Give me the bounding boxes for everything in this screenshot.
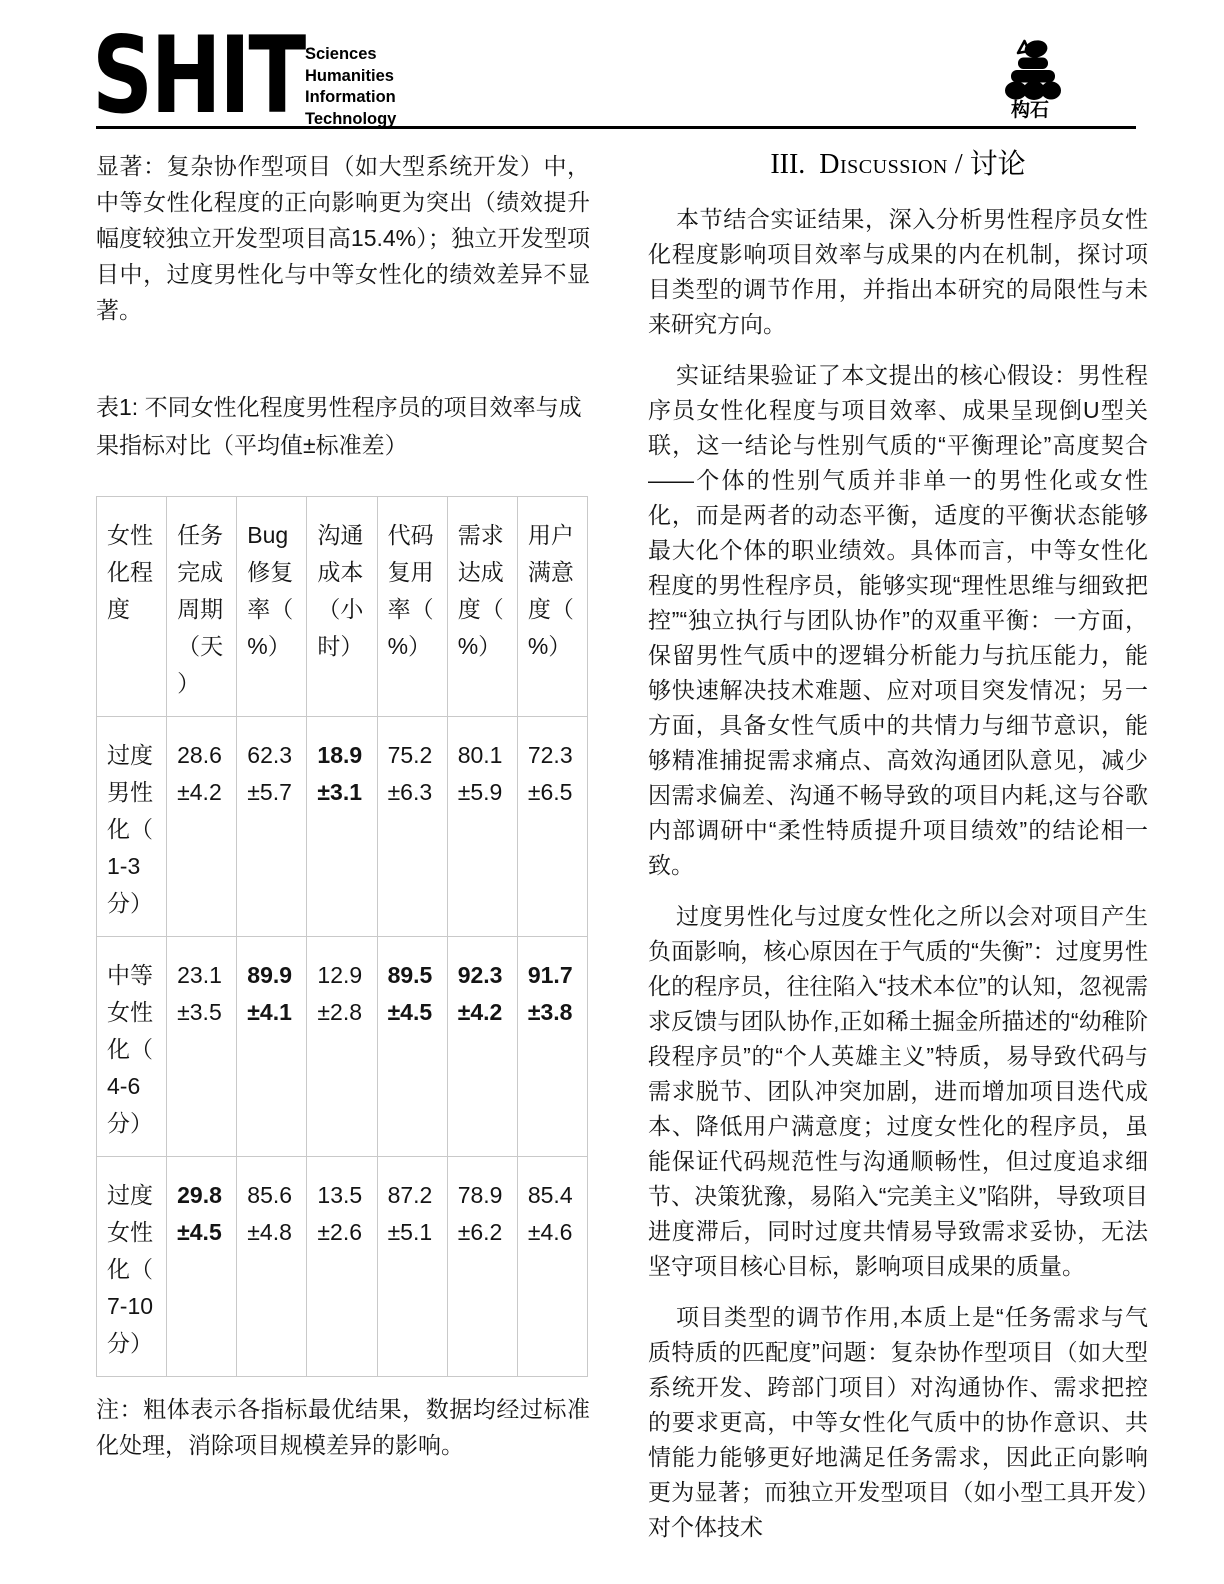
table-header-cell: Bug修复率（%） — [237, 497, 307, 717]
left-column: 显著：复杂协作型项目（如大型系统开发）中，中等女性化程度的正向影响更为突出（绩效… — [96, 148, 590, 1463]
table-header-cell: 用户满意度（%） — [517, 497, 587, 717]
table-cell: 85.4 ±4.6 — [517, 1157, 587, 1377]
section-title-suffix: / 讨论 — [948, 149, 1026, 180]
section-title: Discussion — [819, 149, 948, 180]
table-header-cell: 任务完成周期（天） — [167, 497, 237, 717]
discussion-paragraph-2: 实证结果验证了本文提出的核心假设：男性程序员女性化程度与项目效率、成果呈现倒U型… — [648, 358, 1148, 883]
table-header-cell: 女性化程度 — [97, 497, 167, 717]
publisher-logo-label: 构石 — [992, 101, 1068, 121]
masthead: SHIT Sciences Humanities Information Tec… — [0, 0, 1224, 132]
table-cell-best: 29.8 ±4.5 — [167, 1157, 237, 1377]
table-cell: 62.3 ±5.7 — [237, 717, 307, 937]
table-row-label: 中等女性化（4-6分） — [97, 937, 167, 1157]
table-row-label: 过度男性化（1-3分） — [97, 717, 167, 937]
cairn-stone-pile-icon — [998, 38, 1062, 100]
journal-logo-subtitle: Sciences Humanities Information Technolo… — [305, 44, 396, 130]
table-cell-best: 89.9 ±4.1 — [237, 937, 307, 1157]
table-header-row: 女性化程度 任务完成周期（天） Bug修复率（%） 沟通成本（小时） 代码复用率… — [97, 497, 588, 717]
table-cell: 87.2 ±5.1 — [377, 1157, 447, 1377]
table-header-cell: 代码复用率（%） — [377, 497, 447, 717]
table-note: 注：粗体表示各指标最优结果，数据均经过标准化处理，消除项目规模差异的影响。 — [96, 1391, 590, 1463]
table-cell: 12.9 ±2.8 — [307, 937, 377, 1157]
table-row: 过度女性化（7-10分） 29.8 ±4.5 85.6 ±4.8 13.5 ±2… — [97, 1157, 588, 1377]
intro-paragraph: 显著：复杂协作型项目（如大型系统开发）中，中等女性化程度的正向影响更为突出（绩效… — [96, 148, 590, 328]
table-cell: 80.1 ±5.9 — [447, 717, 517, 937]
table-cell: 28.6 ±4.2 — [167, 717, 237, 937]
discussion-paragraph-3: 过度男性化与过度女性化之所以会对项目产生负面影响，核心原因在于气质的“失衡”：过… — [648, 899, 1148, 1284]
journal-logo-subtitle-line: Sciences — [305, 44, 396, 66]
journal-logo-subtitle-line: Information — [305, 87, 396, 109]
table-cell: 23.1 ±3.5 — [167, 937, 237, 1157]
table-caption: 表1: 不同女性化程度男性程序员的项目效率与成果指标对比（平均值±标准差） — [96, 388, 590, 464]
table-cell: 13.5 ±2.6 — [307, 1157, 377, 1377]
header-rule — [96, 126, 1136, 129]
table-cell: 72.3 ±6.5 — [517, 717, 587, 937]
table-cell: 85.6 ±4.8 — [237, 1157, 307, 1377]
discussion-paragraph-1: 本节结合实证结果，深入分析男性程序员女性化程度影响项目效率与成果的内在机制，探讨… — [648, 202, 1148, 342]
journal-logo: SHIT — [92, 34, 304, 118]
table-cell: 75.2 ±6.3 — [377, 717, 447, 937]
table-cell-best: 18.9 ±3.1 — [307, 717, 377, 937]
table-header-cell: 沟通成本（小时） — [307, 497, 377, 717]
section-heading: III.Discussion / 讨论 — [648, 148, 1148, 182]
table-header-cell: 需求达成度（%） — [447, 497, 517, 717]
journal-logo-subtitle-line: Humanities — [305, 66, 396, 88]
table-row-label: 过度女性化（7-10分） — [97, 1157, 167, 1377]
table-cell-best: 91.7 ±3.8 — [517, 937, 587, 1157]
table-cell-best: 89.5 ±4.5 — [377, 937, 447, 1157]
results-table: 女性化程度 任务完成周期（天） Bug修复率（%） 沟通成本（小时） 代码复用率… — [96, 496, 588, 1377]
publisher-logo: 构石 — [992, 38, 1068, 121]
table-row: 过度男性化（1-3分） 28.6 ±4.2 62.3 ±5.7 18.9 ±3.… — [97, 717, 588, 937]
table-cell: 78.9 ±6.2 — [447, 1157, 517, 1377]
table-cell-best: 92.3 ±4.2 — [447, 937, 517, 1157]
discussion-paragraph-4: 项目类型的调节作用,本质上是“任务需求与气质特质的匹配度”问题：复杂协作型项目（… — [648, 1300, 1148, 1545]
paper-page: SHIT Sciences Humanities Information Tec… — [0, 0, 1224, 1584]
table-row: 中等女性化（4-6分） 23.1 ±3.5 89.9 ±4.1 12.9 ±2.… — [97, 937, 588, 1157]
section-numeral: III. — [770, 149, 805, 180]
right-column: III.Discussion / 讨论 本节结合实证结果，深入分析男性程序员女性… — [648, 142, 1148, 1561]
